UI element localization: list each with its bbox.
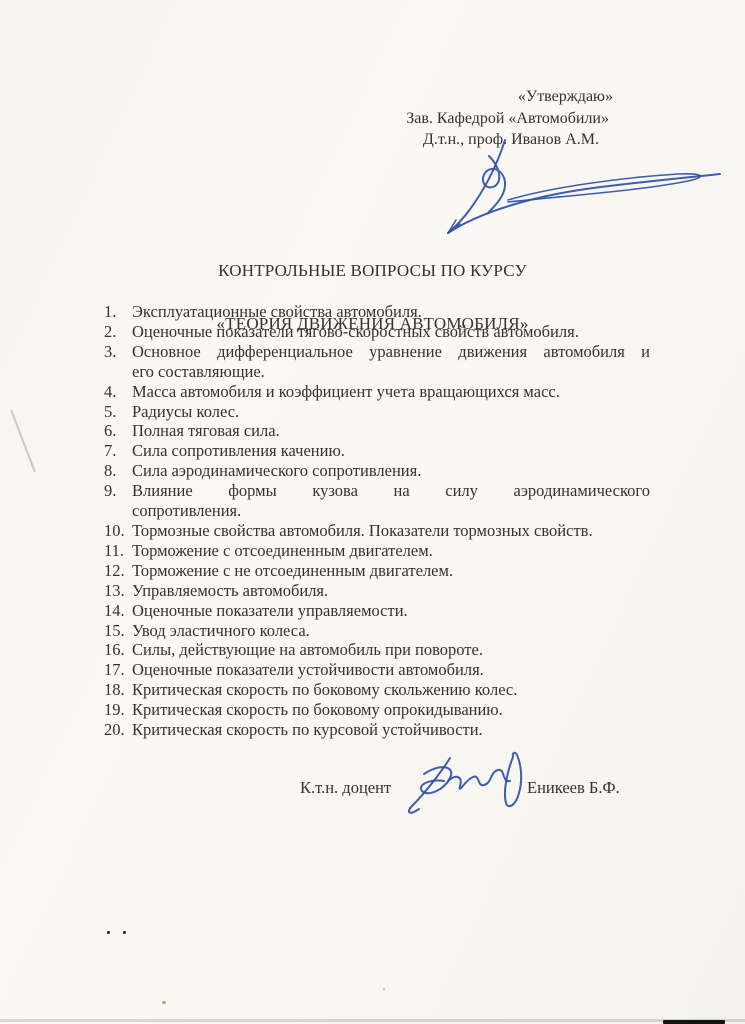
scan-speck xyxy=(107,931,110,934)
question-row: 17.Оценочные показатели устойчивости авт… xyxy=(104,660,650,680)
question-text: Масса автомобиля и коэффициент учета вра… xyxy=(132,382,650,402)
question-number: 3. xyxy=(104,342,132,382)
question-number: 18. xyxy=(104,680,132,700)
question-number: 4. xyxy=(104,382,132,402)
question-text: Радиусы колес. xyxy=(132,402,650,422)
question-number: 9. xyxy=(104,481,132,521)
signer-signature xyxy=(398,750,548,818)
question-row: 6.Полная тяговая сила. xyxy=(104,421,650,441)
question-text: Тормозные свойства автомобиля. Показател… xyxy=(132,521,650,541)
question-row: 7.Сила сопротивления качению. xyxy=(104,441,650,461)
question-row: 14.Оценочные показатели управляемости. xyxy=(104,601,650,621)
question-number: 1. xyxy=(104,302,132,322)
question-row: 19.Критическая скорость по боковому опро… xyxy=(104,700,650,720)
question-number: 16. xyxy=(104,640,132,660)
question-row: 9.Влияние формы кузова на силу аэродинам… xyxy=(104,481,650,521)
question-number: 8. xyxy=(104,461,132,481)
scan-speck xyxy=(123,931,126,934)
question-row: 4.Масса автомобиля и коэффициент учета в… xyxy=(104,382,650,402)
question-text: Критическая скорость по боковому опрокид… xyxy=(132,700,650,720)
question-row: 20.Критическая скорость по курсовой усто… xyxy=(104,720,650,740)
question-row: 15.Увод эластичного колеса. xyxy=(104,621,650,641)
question-row: 18.Критическая скорость по боковому скол… xyxy=(104,680,650,700)
question-row: 10.Тормозные свойства автомобиля. Показа… xyxy=(104,521,650,541)
question-text: Основное дифференциальное уравнение движ… xyxy=(132,342,650,382)
question-row: 5.Радиусы колес. xyxy=(104,402,650,422)
question-number: 7. xyxy=(104,441,132,461)
question-number: 6. xyxy=(104,421,132,441)
question-text: Торможение с отсоединенным двигателем. xyxy=(132,541,650,561)
question-row: 2.Оценочные показатели тягово-скоростных… xyxy=(104,322,650,342)
question-number: 2. xyxy=(104,322,132,342)
question-text: Торможение с не отсоединенным двигателем… xyxy=(132,561,650,581)
scanned-document-page: «Утверждаю» Зав. Кафедрой «Автомобили» Д… xyxy=(0,0,745,1024)
question-text: Критическая скорость по курсовой устойчи… xyxy=(132,720,650,740)
question-row: 8.Сила аэродинамического сопротивления. xyxy=(104,461,650,481)
signature-ink-strokes xyxy=(398,750,548,818)
question-number: 15. xyxy=(104,621,132,641)
question-text: Эксплуатационные свойства автомобиля. xyxy=(132,302,650,322)
question-row: 13.Управляемость автомобиля. xyxy=(104,581,650,601)
question-row: 1.Эксплуатационные свойства автомобиля. xyxy=(104,302,650,322)
question-text: Критическая скорость по боковому скольже… xyxy=(132,680,650,700)
question-text: Управляемость автомобиля. xyxy=(132,581,650,601)
question-text: Оценочные показатели тягово-скоростных с… xyxy=(132,322,650,342)
question-text: Полная тяговая сила. xyxy=(132,421,650,441)
question-list: 1.Эксплуатационные свойства автомобиля.2… xyxy=(104,302,650,740)
scan-bottom-edge-shadow xyxy=(0,1019,745,1022)
approval-line-approve: «Утверждаю» xyxy=(406,86,613,108)
question-text: Увод эластичного колеса. xyxy=(132,621,650,641)
scan-corner-mark xyxy=(663,1020,725,1024)
question-text: Сила сопротивления качению. xyxy=(132,441,650,461)
question-text: Влияние формы кузова на силу аэродинамич… xyxy=(132,481,650,521)
footer-signature-line: К.т.н. доцент Еникеев Б.Ф. xyxy=(0,776,745,816)
approval-line-department: Зав. Кафедрой «Автомобили» xyxy=(406,108,609,130)
question-row: 16.Силы, действующие на автомобиль при п… xyxy=(104,640,650,660)
question-row: 3.Основное дифференциальное уравнение дв… xyxy=(104,342,650,382)
question-text: Силы, действующие на автомобиль при пово… xyxy=(132,640,650,660)
question-text: Оценочные показатели устойчивости автомо… xyxy=(132,660,650,680)
question-number: 5. xyxy=(104,402,132,422)
scan-speck xyxy=(383,988,385,990)
question-number: 11. xyxy=(104,541,132,561)
question-number: 19. xyxy=(104,700,132,720)
question-text: Сила аэродинамического сопротивления. xyxy=(132,461,650,481)
question-number: 12. xyxy=(104,561,132,581)
signer-degree-label: К.т.н. доцент xyxy=(300,778,391,798)
question-row: 12.Торможение с не отсоединенным двигате… xyxy=(104,561,650,581)
document-title-line-1: КОНТРОЛЬНЫЕ ВОПРОСЫ ПО КУРСУ xyxy=(0,262,745,280)
scan-scratch-mark xyxy=(10,410,35,472)
scan-speck xyxy=(162,1001,166,1004)
question-row: 11.Торможение с отсоединенным двигателем… xyxy=(104,541,650,561)
question-number: 17. xyxy=(104,660,132,680)
question-number: 10. xyxy=(104,521,132,541)
question-number: 20. xyxy=(104,720,132,740)
question-text: Оценочные показатели управляемости. xyxy=(132,601,650,621)
question-number: 13. xyxy=(104,581,132,601)
question-number: 14. xyxy=(104,601,132,621)
